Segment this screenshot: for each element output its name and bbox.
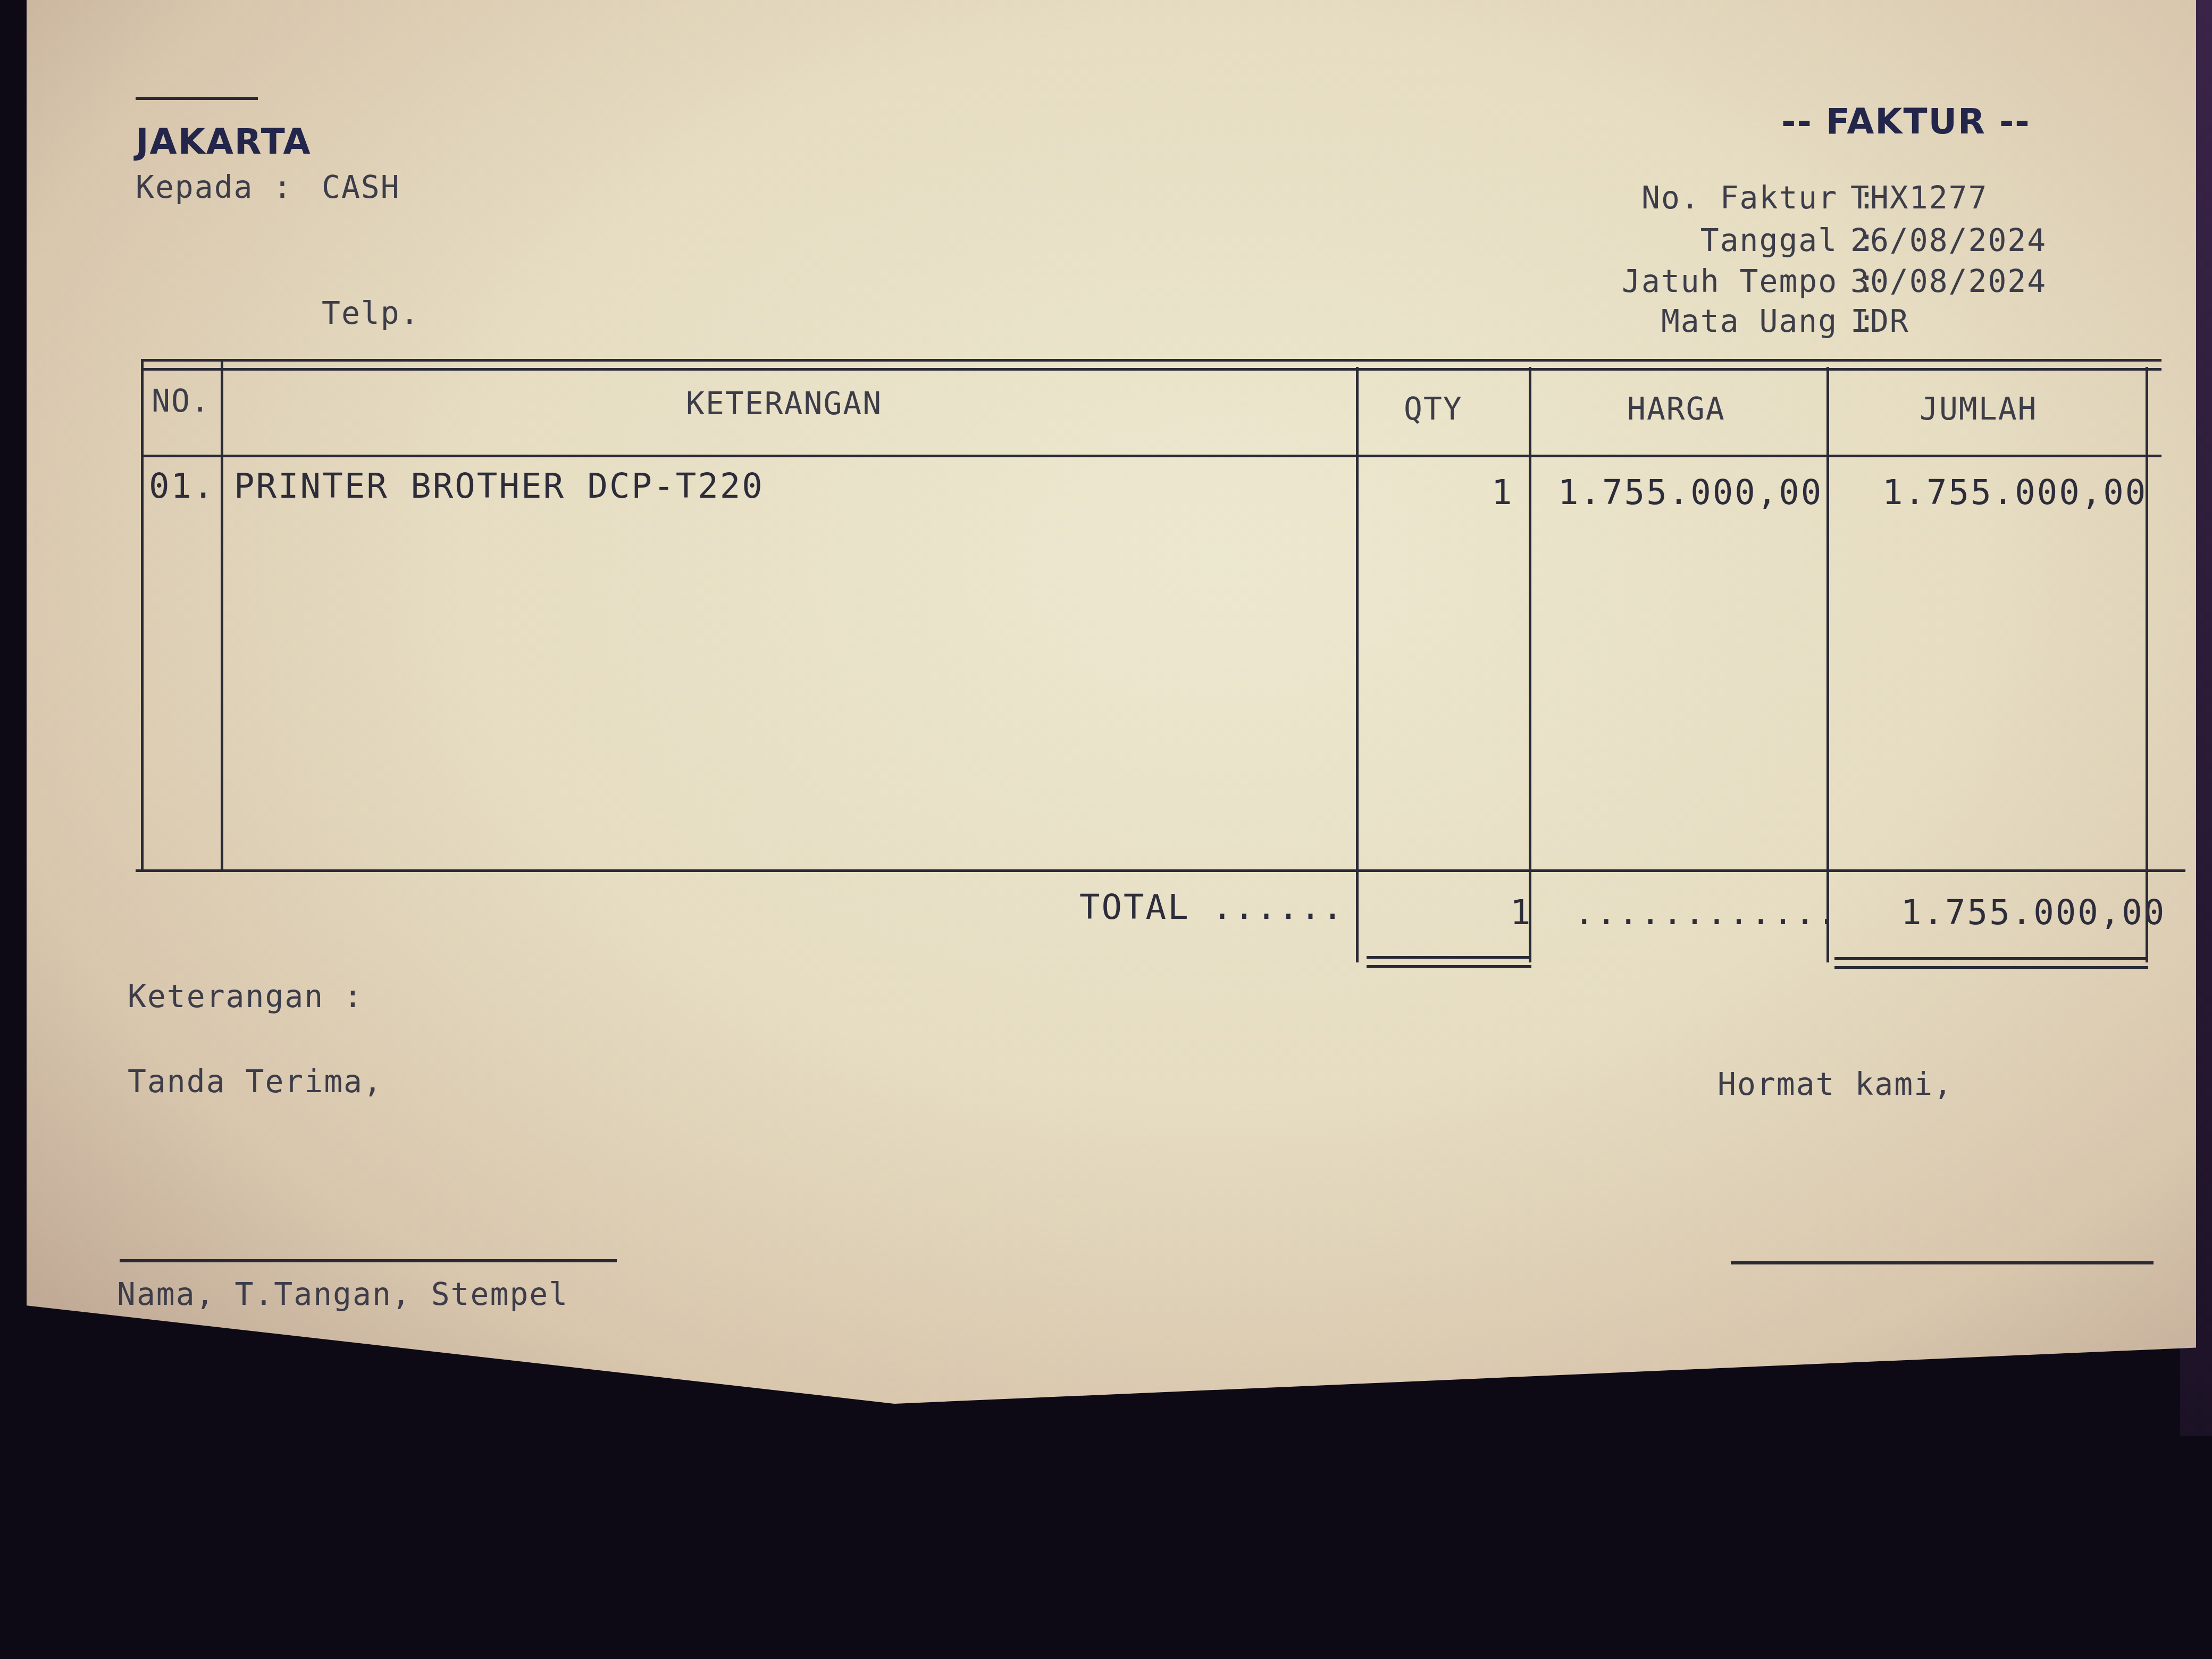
total-qty-underline bbox=[1367, 956, 1531, 968]
field-label-jatuh-tempo: Jatuh Tempo : bbox=[1622, 263, 1877, 299]
total-jumlah: 1.755.000,00 bbox=[1901, 893, 2166, 933]
header-no: NO. bbox=[152, 383, 211, 419]
invoice-paper: JAKARTA Kepada : CASH Telp. -- FAKTUR --… bbox=[27, 0, 2196, 1404]
company-city: JAKARTA bbox=[136, 121, 312, 162]
total-label: TOTAL ...... bbox=[1079, 888, 1344, 927]
cell-keterangan: PRINTER BROTHER DCP-T220 bbox=[234, 467, 764, 506]
header-jumlah: JUMLAH bbox=[1920, 391, 2038, 427]
cell-qty: 1 bbox=[1492, 473, 1514, 513]
header-rule bbox=[136, 97, 258, 100]
signature-caption: Nama, T.Tangan, Stempel bbox=[117, 1276, 568, 1312]
col-border bbox=[1529, 367, 1531, 962]
header-keterangan: KETERANGAN bbox=[686, 386, 882, 422]
col-border bbox=[1826, 367, 1829, 962]
field-value-no-faktur: THX1277 bbox=[1850, 180, 1988, 216]
total-qty: 1 bbox=[1510, 893, 1532, 933]
header-qty: QTY bbox=[1404, 391, 1463, 427]
tanda-terima-label: Tanda Terima, bbox=[128, 1063, 383, 1100]
sender-signature-line bbox=[1731, 1261, 2154, 1264]
invoice-title: -- FAKTUR -- bbox=[1781, 101, 2031, 142]
header-harga: HARGA bbox=[1627, 391, 1725, 427]
keterangan-label: Keterangan : bbox=[128, 978, 363, 1015]
col-border bbox=[2146, 367, 2148, 962]
cell-jumlah: 1.755.000,00 bbox=[1882, 473, 2147, 513]
cell-no: 01. bbox=[149, 467, 215, 506]
cell-harga: 1.755.000,00 bbox=[1558, 473, 1823, 513]
kepada-label: Kepada : bbox=[136, 169, 292, 205]
field-label-mata-uang: Mata Uang : bbox=[1661, 303, 1877, 339]
total-jumlah-underline bbox=[1834, 957, 2148, 969]
table-top-border bbox=[141, 359, 2161, 371]
field-value-mata-uang: IDR bbox=[1850, 303, 1909, 339]
field-label-no-faktur: No. Faktur : bbox=[1641, 180, 1877, 216]
col-border bbox=[141, 362, 144, 872]
col-border bbox=[1356, 367, 1359, 962]
field-value-tanggal: 26/08/2024 bbox=[1850, 222, 2047, 258]
total-dots: ............ bbox=[1574, 893, 1839, 933]
col-border bbox=[221, 362, 223, 872]
field-value-jatuh-tempo: 30/08/2024 bbox=[1850, 263, 2047, 299]
header-separator bbox=[141, 455, 2161, 457]
telp-label: Telp. bbox=[322, 295, 420, 331]
table-bottom-border bbox=[136, 869, 2185, 872]
receiver-signature-line bbox=[120, 1259, 617, 1262]
hormat-kami-label: Hormat kami, bbox=[1717, 1066, 1953, 1102]
kepada-value: CASH bbox=[322, 169, 400, 205]
